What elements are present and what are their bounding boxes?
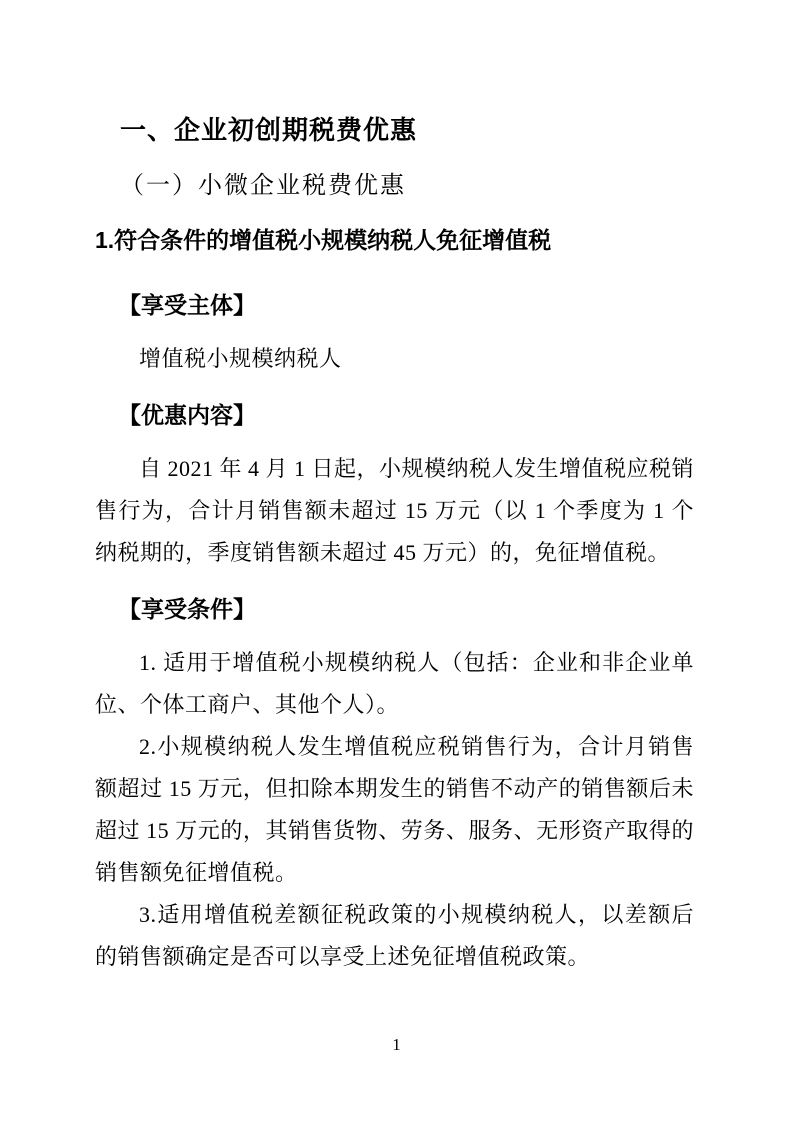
beneficiary-label: 【享受主体】 [95,284,694,326]
item-heading: 1.符合条件的增值税小规模纳税人免征增值税 [95,218,694,262]
section-heading: （一）小微企业税费优惠 [120,164,694,208]
page-number: 1 [0,1034,793,1056]
condition-item-1: 1. 适用于增值税小规模纳税人（包括：企业和非企业单位、个体工商户、其他个人）。 [95,642,694,726]
chapter-heading: 一、企业初创期税费优惠 [120,108,694,152]
benefit-content-label: 【优惠内容】 [95,394,694,436]
beneficiary-paragraph: 增值税小规模纳税人 [95,338,694,380]
document-page: 一、企业初创期税费优惠 （一）小微企业税费优惠 1.符合条件的增值税小规模纳税人… [0,0,793,1122]
section-conditions: 【享受条件】 1. 适用于增值税小规模纳税人（包括：企业和非企业单位、个体工商户… [95,588,694,978]
condition-item-2: 2.小规模纳税人发生增值税应税销售行为，合计月销售额超过 15 万元，但扣除本期… [95,726,694,894]
benefit-content-paragraph: 自 2021 年 4 月 1 日起，小规模纳税人发生增值税应税销售行为，合计月销… [95,448,694,574]
section-beneficiary: 【享受主体】 增值税小规模纳税人 [95,284,694,380]
conditions-label: 【享受条件】 [95,588,694,630]
condition-item-3: 3.适用增值税差额征税政策的小规模纳税人，以差额后的销售额确定是否可以享受上述免… [95,894,694,978]
section-benefit-content: 【优惠内容】 自 2021 年 4 月 1 日起，小规模纳税人发生增值税应税销售… [95,394,694,574]
